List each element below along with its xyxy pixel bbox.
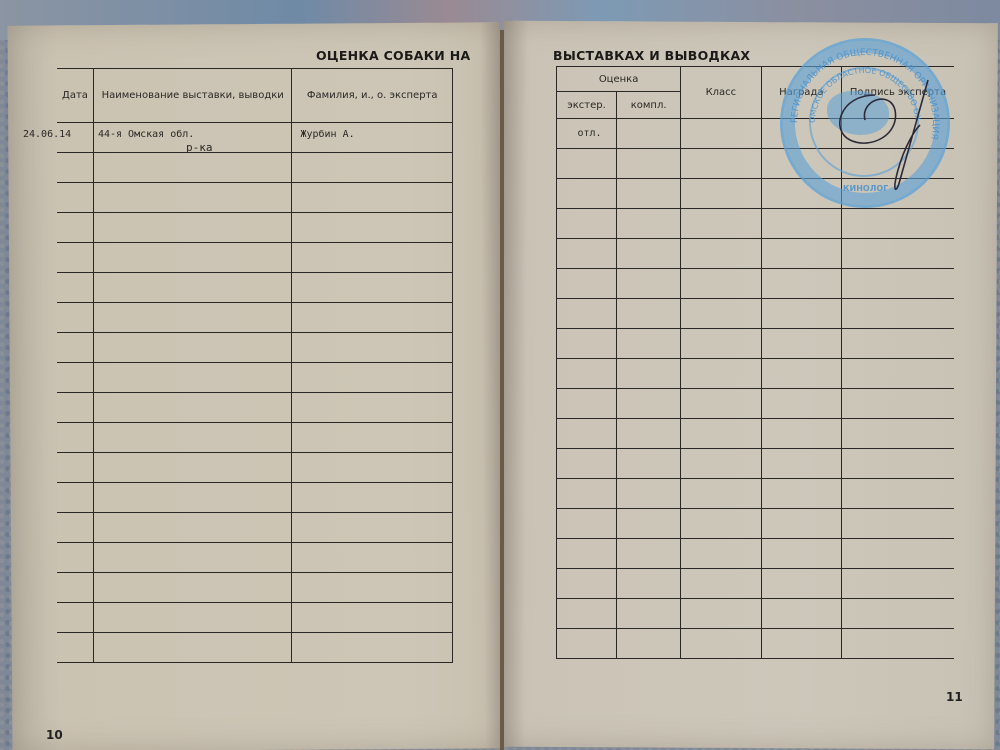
cell-complete: [617, 149, 681, 179]
table-row: [57, 153, 453, 183]
table-row: [57, 243, 453, 273]
table-row: [57, 603, 453, 633]
col-header-complete: компл.: [617, 92, 681, 119]
cell-class: [681, 209, 761, 239]
cell-signature: [841, 239, 954, 269]
expert-value: Журбин А.: [300, 129, 354, 140]
cell-event: [93, 633, 291, 663]
cell-event: [93, 153, 291, 183]
table-row: [557, 629, 955, 659]
cell-award: [761, 599, 841, 629]
cell-signature: [841, 359, 954, 389]
cell-exterior: [557, 149, 617, 179]
cell-class: [681, 629, 761, 659]
cell-class: [681, 179, 761, 209]
cell-event: [93, 603, 291, 633]
cell-complete: [617, 179, 681, 209]
cell-complete: [617, 329, 681, 359]
table-row: [57, 273, 453, 303]
cell-date: [57, 543, 93, 573]
cell-class: [681, 239, 761, 269]
cell-complete: [617, 239, 681, 269]
table-row: [57, 423, 453, 453]
cell-complete: [617, 509, 681, 539]
cell-complete: [617, 479, 681, 509]
cell-award: [761, 629, 841, 659]
cell-event: [93, 573, 291, 603]
cell-exterior: [557, 359, 617, 389]
cell-expert: [292, 543, 453, 573]
event-sub-value: р-ка: [186, 141, 213, 154]
cell-date: [57, 243, 93, 273]
cell-signature: [841, 599, 954, 629]
col-header-exterior: экстер.: [557, 92, 617, 119]
table-row: [557, 299, 955, 329]
cell-expert: [292, 573, 453, 603]
right-page-heading: ВЫСТАВКАХ И ВЫВОДКАХ: [553, 48, 750, 63]
table-row: [57, 183, 453, 213]
cell-event: [93, 273, 291, 303]
cell-complete: [617, 359, 681, 389]
cell-expert: [292, 603, 453, 633]
table-row: [557, 509, 955, 539]
table-row: [557, 269, 955, 299]
cell-expert: [292, 423, 453, 453]
cell-exterior: [557, 629, 617, 659]
table-row: [557, 359, 955, 389]
cell-expert: [292, 633, 453, 663]
cell-award: [761, 569, 841, 599]
cell-class: [681, 569, 761, 599]
cell-signature: [841, 569, 954, 599]
table-row: [57, 573, 453, 603]
cell-date: [57, 393, 93, 423]
cell-signature: [841, 629, 954, 659]
cell-award: [761, 239, 841, 269]
cell-expert: [292, 363, 453, 393]
cell-date: [57, 153, 93, 183]
table-row: [557, 449, 955, 479]
cell-event: [93, 483, 291, 513]
cell-exterior: [557, 389, 617, 419]
cell-complete: [617, 419, 681, 449]
table-row: [557, 209, 955, 239]
table-row: [557, 539, 955, 569]
table-row: [57, 453, 453, 483]
cell-expert: [292, 483, 453, 513]
cell-event: [93, 423, 291, 453]
cell-award: [761, 329, 841, 359]
cell-exterior: отл.: [557, 119, 617, 149]
cell-event: [93, 303, 291, 333]
table-row: [557, 329, 955, 359]
cell-expert: Журбин А.: [292, 123, 453, 153]
cell-date: [57, 633, 93, 663]
cell-award: [761, 509, 841, 539]
page-number-right: 11: [946, 690, 963, 704]
table-row: [557, 389, 955, 419]
cell-date: [57, 363, 93, 393]
cell-exterior: [557, 509, 617, 539]
cell-event: [93, 393, 291, 423]
cell-expert: [292, 243, 453, 273]
cell-class: [681, 449, 761, 479]
cell-exterior: [557, 419, 617, 449]
cell-complete: [617, 449, 681, 479]
cell-date: [57, 333, 93, 363]
cell-exterior: [557, 449, 617, 479]
cell-exterior: [557, 329, 617, 359]
cell-expert: [292, 333, 453, 363]
cell-expert: [292, 213, 453, 243]
cell-class: [681, 389, 761, 419]
cell-event: [93, 543, 291, 573]
cell-class: [681, 509, 761, 539]
cell-award: [761, 359, 841, 389]
cell-date: [57, 303, 93, 333]
cell-event: [93, 513, 291, 543]
cell-complete: [617, 299, 681, 329]
cell-expert: [292, 513, 453, 543]
cell-event: [93, 243, 291, 273]
left-table: Дата Наименование выставки, выводки Фами…: [57, 68, 453, 663]
cell-class: [681, 149, 761, 179]
cell-date: [57, 483, 93, 513]
table-row: [57, 363, 453, 393]
date-value: 24.06.14: [23, 129, 71, 140]
cell-award: [761, 419, 841, 449]
cell-date: [57, 573, 93, 603]
cell-class: [681, 119, 761, 149]
cell-exterior: [557, 269, 617, 299]
cell-signature: [841, 209, 954, 239]
cell-exterior: [557, 569, 617, 599]
cell-expert: [292, 273, 453, 303]
table-row: [57, 483, 453, 513]
cell-expert: [292, 183, 453, 213]
cell-expert: [292, 153, 453, 183]
table-row: [57, 633, 453, 663]
cell-complete: [617, 629, 681, 659]
cell-event: [93, 453, 291, 483]
cell-exterior: [557, 179, 617, 209]
col-header-event: Наименование выставки, выводки: [93, 69, 291, 123]
cell-complete: [617, 269, 681, 299]
cell-event: [93, 363, 291, 393]
left-page-heading: ОЦЕНКА СОБАКИ НА: [316, 48, 470, 63]
cell-award: [761, 299, 841, 329]
cell-date: [57, 423, 93, 453]
cell-class: [681, 539, 761, 569]
cell-signature: [841, 419, 954, 449]
cell-award: [761, 539, 841, 569]
cell-signature: [841, 389, 954, 419]
cell-signature: [841, 329, 954, 359]
expert-signature: [820, 70, 960, 200]
cell-award: [761, 449, 841, 479]
cell-signature: [841, 269, 954, 299]
cell-exterior: [557, 599, 617, 629]
cell-date: [57, 213, 93, 243]
table-row: 24.06.14 44-я Омская обл. р-ка Журбин А.: [57, 123, 453, 153]
cell-signature: [841, 449, 954, 479]
cell-complete: [617, 569, 681, 599]
cell-event: [93, 183, 291, 213]
cell-complete: [617, 209, 681, 239]
col-header-grade: Оценка: [557, 67, 681, 92]
table-row: [57, 213, 453, 243]
cell-complete: [617, 539, 681, 569]
cell-exterior: [557, 239, 617, 269]
cell-date: [57, 603, 93, 633]
cell-class: [681, 599, 761, 629]
cell-award: [761, 479, 841, 509]
table-row: [57, 393, 453, 423]
cell-expert: [292, 303, 453, 333]
table-row: [57, 333, 453, 363]
table-row: [557, 239, 955, 269]
cell-class: [681, 359, 761, 389]
cell-complete: [617, 389, 681, 419]
cell-event: [93, 333, 291, 363]
cell-class: [681, 419, 761, 449]
cell-award: [761, 389, 841, 419]
cell-exterior: [557, 299, 617, 329]
event-value: 44-я Омская обл.: [98, 129, 194, 140]
table-row: [557, 569, 955, 599]
cell-class: [681, 269, 761, 299]
cell-exterior: [557, 479, 617, 509]
cell-complete: [617, 599, 681, 629]
cell-event: [93, 213, 291, 243]
cell-date: [57, 273, 93, 303]
table-row: [57, 303, 453, 333]
cell-date: [57, 183, 93, 213]
page-number-left: 10: [46, 728, 63, 742]
book-spine: [500, 30, 504, 750]
cell-date: [57, 513, 93, 543]
cell-date: [57, 453, 93, 483]
cell-complete: [617, 119, 681, 149]
col-header-expert: Фамилия, и., о. эксперта: [292, 69, 453, 123]
cell-signature: [841, 479, 954, 509]
cell-expert: [292, 453, 453, 483]
cell-exterior: [557, 539, 617, 569]
table-row: [57, 543, 453, 573]
cell-class: [681, 479, 761, 509]
cell-date: 24.06.14: [57, 123, 93, 153]
cell-signature: [841, 539, 954, 569]
cell-expert: [292, 393, 453, 423]
cell-award: [761, 269, 841, 299]
cell-award: [761, 209, 841, 239]
table-row: [557, 479, 955, 509]
cell-signature: [841, 299, 954, 329]
col-header-class: Класс: [681, 67, 761, 119]
table-row: [557, 599, 955, 629]
table-row: [557, 419, 955, 449]
cell-signature: [841, 509, 954, 539]
col-header-date: Дата: [57, 69, 93, 123]
table-row: [57, 513, 453, 543]
cell-class: [681, 299, 761, 329]
cell-class: [681, 329, 761, 359]
cell-event: 44-я Омская обл. р-ка: [93, 123, 291, 153]
cell-exterior: [557, 209, 617, 239]
